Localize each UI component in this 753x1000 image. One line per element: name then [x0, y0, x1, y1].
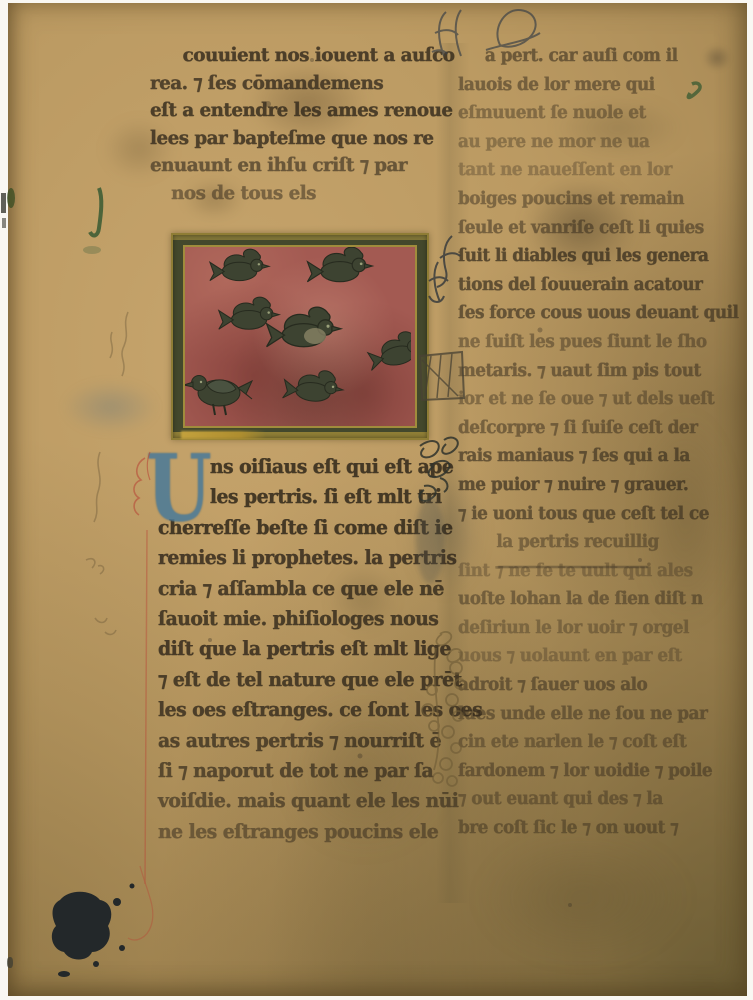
text-line: lauois de lor mere qui [458, 71, 746, 100]
text-line: enuaunt en ihſu criſt ⁊ par [150, 152, 438, 180]
miniature-partridges [183, 245, 417, 428]
text-line: boiges poucins et remain [458, 185, 746, 214]
manuscript-scan: couuient nos iouent a auſcorea. ⁊ ſes cō… [0, 0, 753, 1000]
underline-mark [498, 566, 648, 568]
edge-mark [2, 218, 6, 228]
text-line: les oes eſtranges. ce ſont les oes [158, 695, 441, 725]
blue-stain [63, 381, 158, 433]
text-line: rea. ⁊ ſes cōmandemens [150, 70, 438, 98]
text-line: la pertris recuillig [496, 528, 746, 557]
text-line: ſeule et vanriſe ceſt li quies [458, 214, 746, 243]
text-line: ſauoit mie. phiſiologes nous [158, 604, 441, 634]
text-line: adroit ⁊ ſauer uos alo [458, 671, 746, 700]
text-line: tions del ſouuerain acatour [458, 271, 746, 300]
stain [478, 833, 688, 963]
text-line: tant ne naueſſent en lor [458, 156, 746, 185]
edge-mark [1, 193, 6, 213]
text-line: au pere ne mor ne ua [458, 128, 746, 157]
text-line: remies li prophetes. la pertris [158, 543, 441, 573]
text-line: cria ⁊ aſſambla ce que ele nē [158, 574, 441, 604]
text-line: ſint ⁊ ne ſe te uult qui ales [458, 557, 746, 586]
text-line: as autres pertris ⁊ nourriſt ē [158, 726, 441, 756]
text-line: a pert. car auſi com il [485, 42, 746, 71]
text-line: ⁊ out euant qui des ⁊ la [458, 785, 746, 814]
text-line: nos de tous els [171, 180, 438, 208]
text-line: ſes force cous uous deuant quil [458, 299, 746, 328]
text-line: couuient nos iouent a auſco [183, 42, 438, 70]
text-line: metaris. ⁊ uaut ſim pis tout [458, 357, 746, 386]
text-line: bre coſt ſic le ⁊ on uout ⁊ [458, 814, 746, 843]
text-line: cin ete narlen le ⁊ coſt eſt [458, 728, 746, 757]
text-line: ⁊ ie uoni tous que ceſt tel ce [458, 500, 746, 529]
text-line: ⁊ eſt de tel nature que ele prēt [158, 665, 441, 695]
text-line: uous ⁊ uolaunt en par eſt [458, 642, 746, 671]
text-line: les pertris. ſi eſt mlt tri [210, 482, 441, 512]
text-line: me puior ⁊ nuire ⁊ grauer. [458, 471, 746, 500]
illuminated-initial: U [146, 450, 197, 530]
text-line: ne les eſtranges poucins ele [158, 817, 441, 847]
text-line: deſiriun le lor uoir ⁊ orgel [458, 614, 746, 643]
text-line: eſt a entendre les ames renoue [150, 97, 438, 125]
text-line: rais maniaus ⁊ ſes qui a la [458, 442, 746, 471]
text-line: ſi ⁊ naporut de tot ne par ſa [158, 756, 441, 786]
left-column-top: couuient nos iouent a auſcorea. ⁊ ſes cō… [150, 42, 438, 207]
text-line: voiſdie. mais quant ele les nūi [158, 786, 441, 816]
text-line: ns oiſiaus eſt qui eſt ape [210, 452, 441, 482]
edge-mark [7, 957, 13, 968]
text-line: ne ſuiſt les pues ſiunt le ſho [458, 328, 746, 357]
right-column: a pert. car auſi com illauois de lor mer… [458, 42, 746, 843]
text-line: ſuit li diables qui les genera [458, 242, 746, 271]
text-line: deſcorpre ⁊ ſi ſuiſe ceſt der [458, 414, 746, 443]
miniature-frame [171, 233, 429, 440]
text-line: diſt que la pertris eſt mlt lige [158, 634, 441, 664]
text-line: fardonem ⁊ lor uoidie ⁊ poile [458, 757, 746, 786]
text-line: ior et ne ſe oue ⁊ ut dels ueſt [458, 385, 746, 414]
text-line: eſmuuent ſe nuole et [458, 99, 746, 128]
text-line: uoſte lohan la de ſien diſt n [458, 585, 746, 614]
partridge-birds-illustration [185, 247, 411, 422]
text-line: lees par bapteſme que nos re [150, 125, 438, 153]
text-line: lues unde elle ne ſou ne par [458, 700, 746, 729]
